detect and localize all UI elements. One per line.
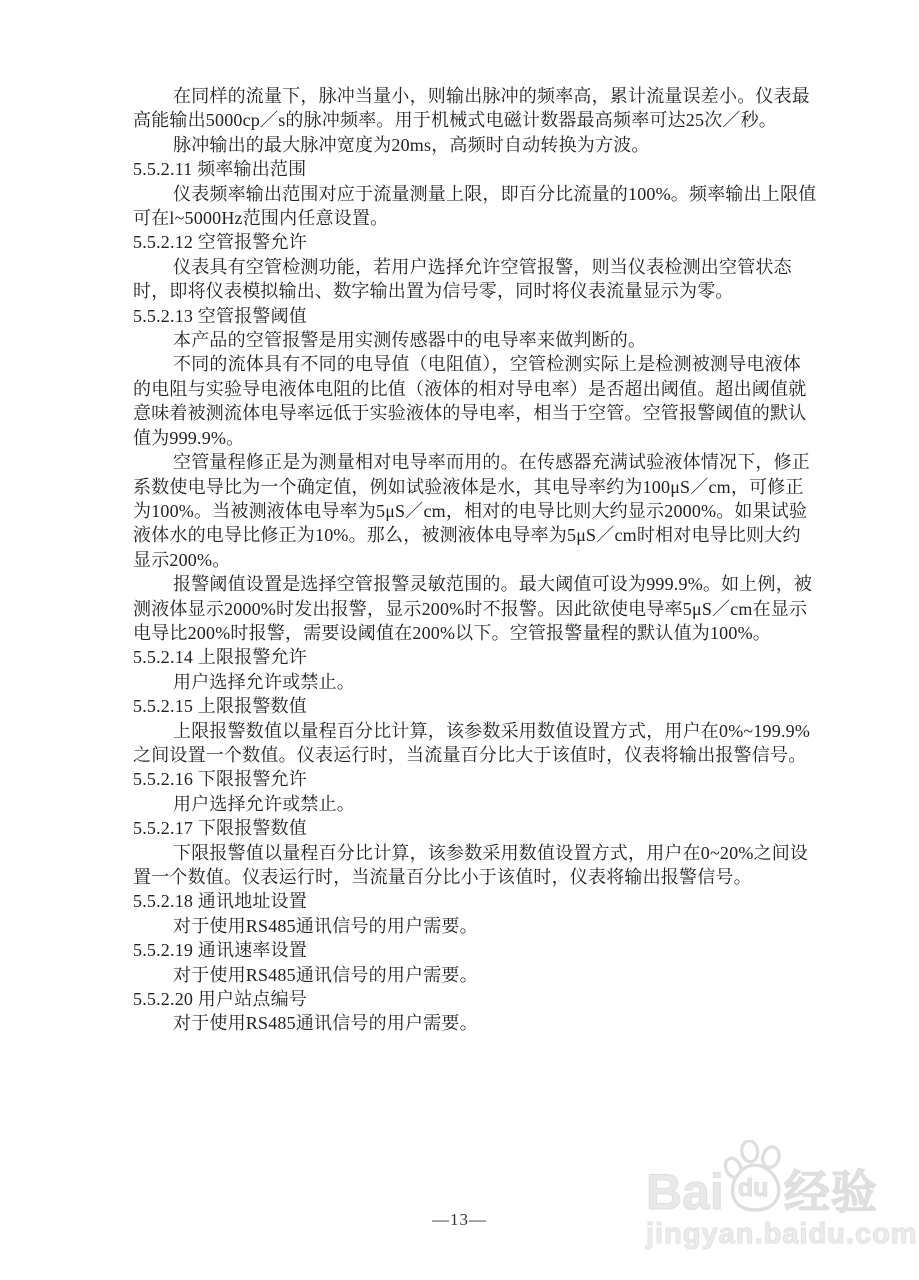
paragraph-line: 不同的流体具有不同的电导值（电阻值），空管检测实际上是检测被测导电液体	[133, 352, 825, 376]
section-heading: 5.5.2.12 空管报警允许	[133, 230, 825, 254]
paragraph-line: 之间设置一个数值。仪表运行时，当流量百分比大于该值时，仪表将输出报警信号。	[133, 743, 825, 767]
watermark-brand-prefix: Bai	[646, 1170, 724, 1214]
paragraph-line: 脉冲输出的最大脉冲宽度为20ms，高频时自动转换为方波。	[133, 133, 825, 157]
paragraph-line: 为100%。当被测液体电导率为5μS／cm，相对的电导比则大约显示2000%。如…	[133, 499, 825, 523]
paragraph-line: 电导比200%时报警，需要设阈值在200%以下。空管报警量程的默认值为100%。	[133, 621, 825, 645]
section-heading: 5.5.2.18 通讯地址设置	[133, 889, 825, 913]
paragraph-line: 仪表频率输出范围对应于流量测量上限，即百分比流量的100%。频率输出上限值	[133, 182, 825, 206]
paragraph-line: 空管量程修正是为测量相对电导率而用的。在传感器充满试验液体情况下，修正	[133, 450, 825, 474]
paragraph-line: 报警阈值设置是选择空管报警灵敏范围的。最大阈值可设为999.9%。如上例，被	[133, 572, 825, 596]
section-heading: 5.5.2.20 用户站点编号	[133, 987, 825, 1011]
section-heading: 5.5.2.16 下限报警允许	[133, 767, 825, 791]
section-heading: 5.5.2.13 空管报警阈值	[133, 304, 825, 328]
paragraph-line: 本产品的空管报警是用实测传感器中的电导率来做判断的。	[133, 328, 825, 352]
paragraph-line: 时，即将仪表模拟输出、数字输出置为信号零，同时将仪表流量显示为零。	[133, 279, 825, 303]
paragraph-line: 用户选择允许或禁止。	[133, 670, 825, 694]
paragraph-line: 对于使用RS485通讯信号的用户需要。	[133, 1011, 825, 1035]
paragraph-line: 可在l~5000Hz范围内任意设置。	[133, 206, 825, 230]
watermark-logo-row: Bai du 经验	[646, 1148, 891, 1214]
paragraph-line: 的电阻与实验导电液体电阻的比值（液体的相对导电率）是否超出阈值。超出阈值就	[133, 377, 825, 401]
paragraph-line: 对于使用RS485通讯信号的用户需要。	[133, 963, 825, 987]
paragraph-line: 测液体显示2000%时发出报警，显示200%时不报警。因此欲使电导率5μS／cm…	[133, 597, 825, 621]
baidu-jingyan-watermark: Bai du 经验 jingyan.baidu.com	[646, 1148, 891, 1251]
page-number: —13—	[0, 1210, 919, 1230]
section-heading: 5.5.2.19 通讯速率设置	[133, 938, 825, 962]
baidu-paw-icon: du	[722, 1140, 788, 1214]
section-heading: 5.5.2.15 上限报警数值	[133, 694, 825, 718]
document-body: 在同样的流量下，脉冲当量小，则输出脉冲的频率高，累计流量误差小。仪表最高能输出5…	[133, 84, 825, 1036]
section-heading: 5.5.2.17 下限报警数值	[133, 816, 825, 840]
paragraph-line: 在同样的流量下，脉冲当量小，则输出脉冲的频率高，累计流量误差小。仪表最	[133, 84, 825, 108]
paragraph-line: 高能输出5000cp／s的脉冲频率。用于机械式电磁计数器最高频率可达25次／秒。	[133, 108, 825, 132]
section-heading: 5.5.2.14 上限报警允许	[133, 645, 825, 669]
paragraph-line: 下限报警值以量程百分比计算，该参数采用数值设置方式，用户在0~20%之间设	[133, 841, 825, 865]
paragraph-line: 置一个数值。仪表运行时，当流量百分比小于该值时，仪表将输出报警信号。	[133, 865, 825, 889]
paragraph-line: 值为999.9%。	[133, 426, 825, 450]
paragraph-line: 上限报警数值以量程百分比计算，该参数采用数值设置方式，用户在0%~199.9%	[133, 719, 825, 743]
paragraph-line: 仪表具有空管检测功能，若用户选择允许空管报警，则当仪表检测出空管状态	[133, 255, 825, 279]
paragraph-line: 液体水的电导比修正为10%。那么，被测液体电导率为5μS／cm时相对电导比则大约	[133, 523, 825, 547]
paragraph-line: 意味着被测流体电导率远低于实验液体的导电率，相当于空管。空管报警阈值的默认	[133, 401, 825, 425]
paragraph-line: 系数使电导比为一个确定值，例如试验液体是水，其电导率约为100μS／cm，可修正	[133, 475, 825, 499]
paragraph-line: 显示200%。	[133, 548, 825, 572]
watermark-paw-letters: du	[738, 1174, 769, 1203]
section-heading: 5.5.2.11 频率输出范围	[133, 157, 825, 181]
paragraph-line: 对于使用RS485通讯信号的用户需要。	[133, 914, 825, 938]
watermark-brand-suffix: 经验	[784, 1170, 878, 1214]
paragraph-line: 用户选择允许或禁止。	[133, 792, 825, 816]
